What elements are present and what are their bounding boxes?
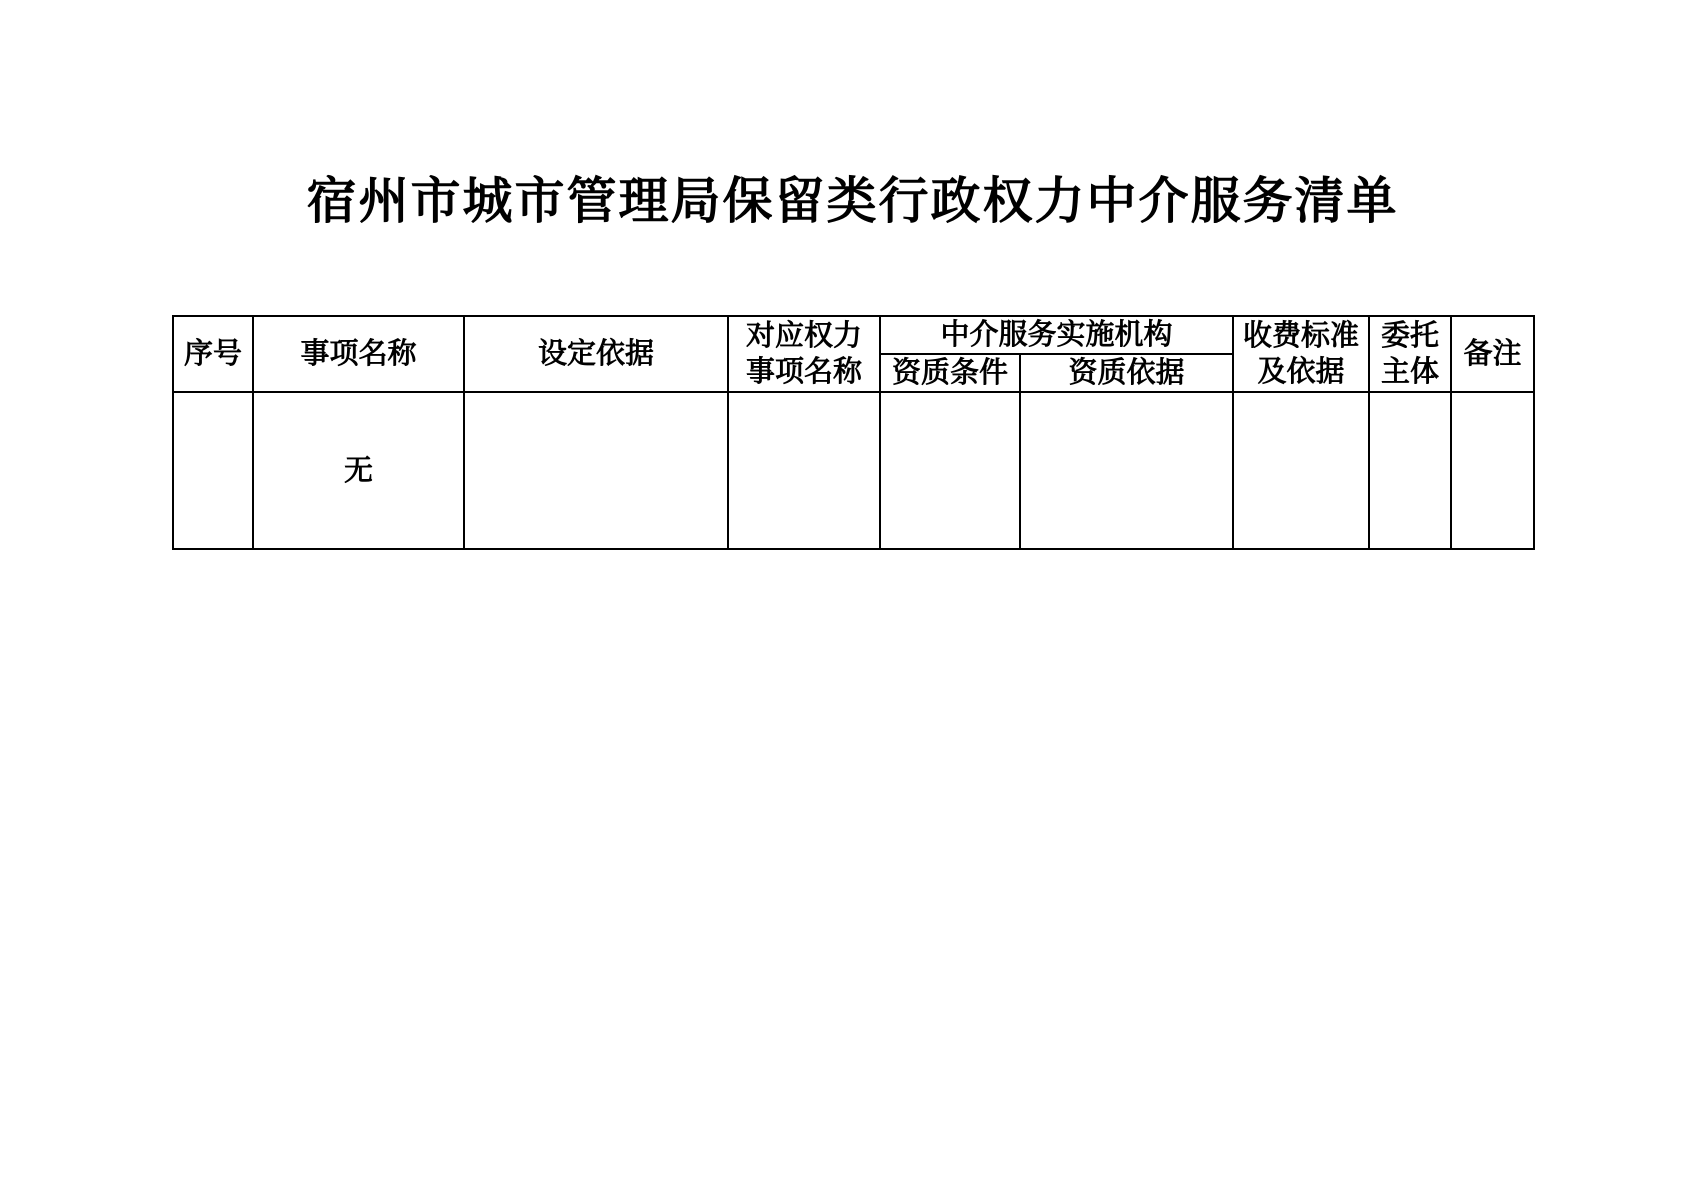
header-fee-standard-line2: 及依据 — [1234, 354, 1368, 390]
cell-remarks — [1451, 392, 1534, 549]
header-qualification-basis: 资质依据 — [1020, 354, 1233, 392]
header-remarks: 备注 — [1451, 316, 1534, 392]
cell-qualification-condition — [880, 392, 1020, 549]
header-entrust-subject: 委托 主体 — [1369, 316, 1451, 392]
header-power-item: 对应权力 事项名称 — [728, 316, 880, 392]
header-power-item-line2: 事项名称 — [729, 354, 879, 390]
cell-power-item — [728, 392, 880, 549]
cell-entrust-subject — [1369, 392, 1451, 549]
table: 序号 事项名称 设定依据 对应权力 事项名称 中介服务实施机构 收费标准 及依据… — [172, 315, 1535, 550]
header-fee-standard-line1: 收费标准 — [1234, 318, 1368, 354]
header-setting-basis: 设定依据 — [464, 316, 728, 392]
header-fee-standard: 收费标准 及依据 — [1233, 316, 1369, 392]
header-agency-group: 中介服务实施机构 — [880, 316, 1233, 354]
page-title: 宿州市城市管理局保留类行政权力中介服务清单 — [172, 172, 1533, 230]
cell-fee-standard — [1233, 392, 1369, 549]
table-header-row-1: 序号 事项名称 设定依据 对应权力 事项名称 中介服务实施机构 收费标准 及依据… — [173, 316, 1534, 354]
service-list-table: 序号 事项名称 设定依据 对应权力 事项名称 中介服务实施机构 收费标准 及依据… — [172, 315, 1535, 550]
cell-item-name: 无 — [253, 392, 464, 549]
cell-setting-basis — [464, 392, 728, 549]
cell-serial — [173, 392, 253, 549]
header-item-name: 事项名称 — [253, 316, 464, 392]
header-serial: 序号 — [173, 316, 253, 392]
header-qualification-condition: 资质条件 — [880, 354, 1020, 392]
header-entrust-subject-line2: 主体 — [1370, 354, 1450, 390]
table-row: 无 — [173, 392, 1534, 549]
header-entrust-subject-line1: 委托 — [1370, 318, 1450, 354]
cell-qualification-basis — [1020, 392, 1233, 549]
header-power-item-line1: 对应权力 — [729, 318, 879, 354]
